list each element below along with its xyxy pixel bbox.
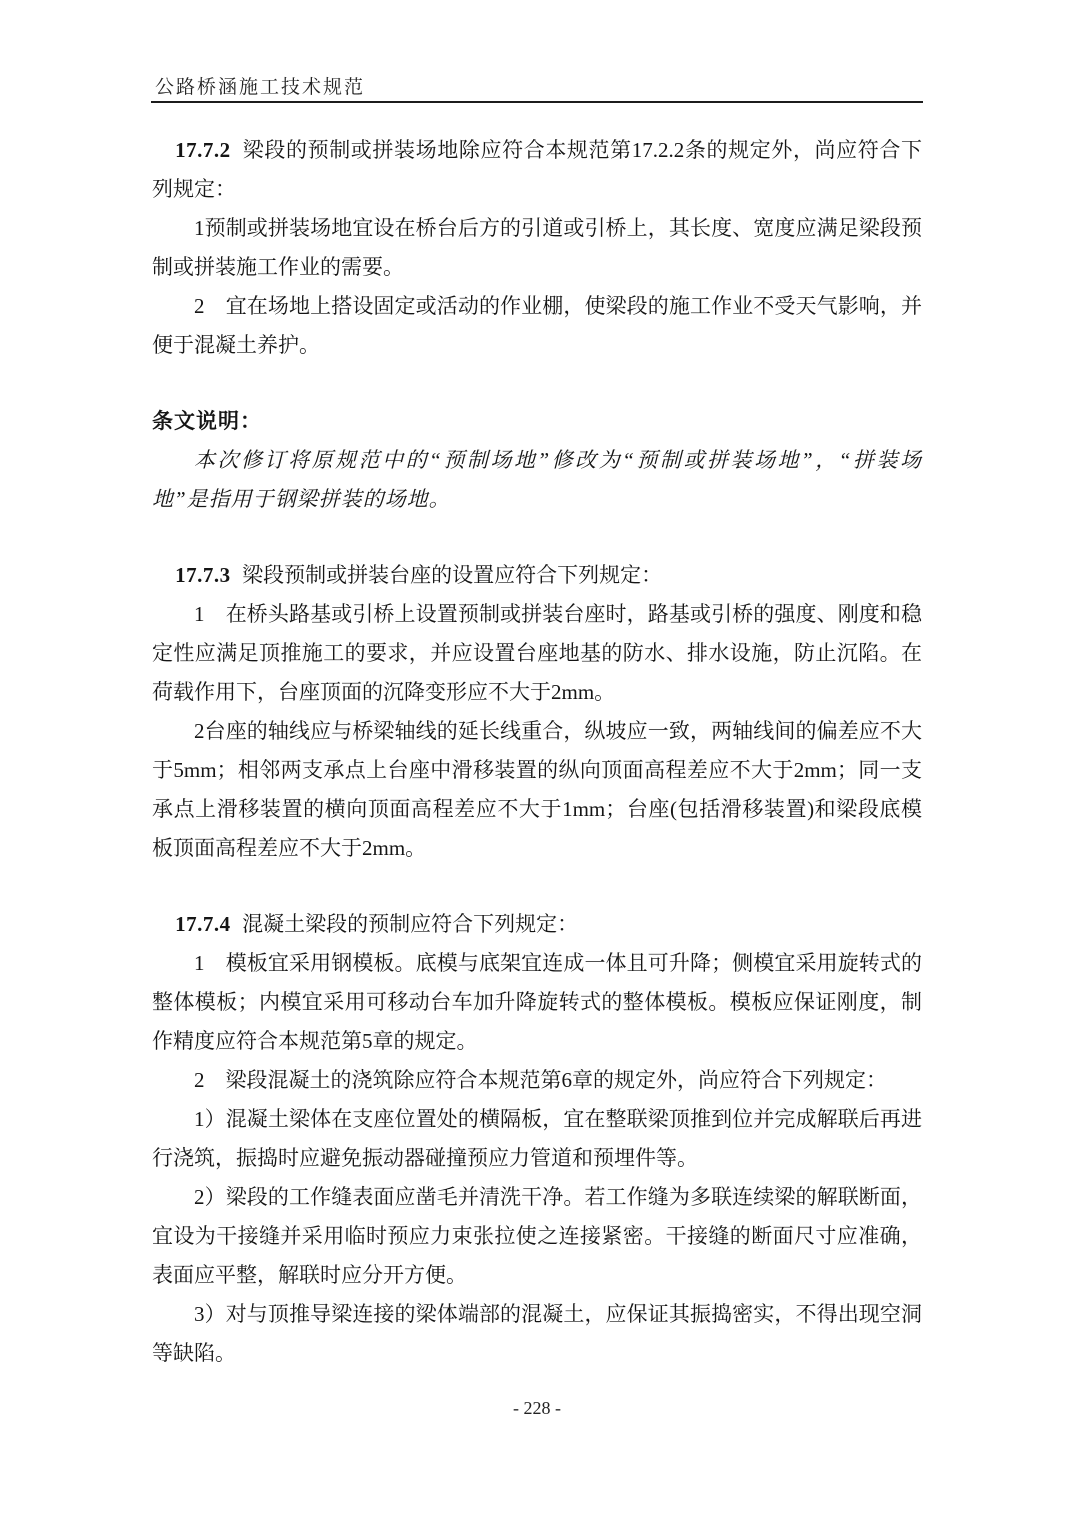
commentary-text: 本次修订将原规范中的“预制场地”修改为“预制或拼装场地”，“拼装场地”是指用于钢… — [152, 441, 922, 519]
clause-text: 梁段的预制或拼装场地除应符合本规范第17.2.2条的规定外，尚应符合下列规定： — [152, 138, 922, 201]
paragraph-item-2: 2 宜在场地上搭设固定或活动的作业棚，使梁段的施工作业不受天气影响，并便于混凝土… — [152, 287, 922, 365]
paragraph-item-1: 1 模板宜采用钢模板。底模与底架宜连成一体且可升降；侧模宜采用旋转式的整体模板；… — [152, 944, 922, 1061]
document-page: 公路桥涵施工技术规范 17.7.2梁段的预制或拼装场地除应符合本规范第17.2.… — [0, 0, 1074, 1520]
header-rule — [151, 101, 923, 103]
clause-text: 混凝土梁段的预制应符合下列规定： — [242, 912, 578, 936]
paragraph-item-2: 2台座的轴线应与桥梁轴线的延长线重合，纵坡应一致，两轴线间的偏差应不大于5mm；… — [152, 712, 922, 868]
paragraph-item-1: 1 在桥头路基或引桥上设置预制或拼装台座时，路基或引桥的强度、刚度和稳定性应满足… — [152, 595, 922, 712]
clause-17-7-2: 17.7.2梁段的预制或拼装场地除应符合本规范第17.2.2条的规定外，尚应符合… — [152, 131, 922, 209]
paragraph-item-2: 2 梁段混凝土的浇筑除应符合本规范第6章的规定外，尚应符合下列规定： — [152, 1061, 922, 1100]
clause-17-7-3: 17.7.3梁段预制或拼装台座的设置应符合下列规定： — [152, 556, 922, 595]
paragraph-subitem-3: 3）对与顶推导梁连接的梁体端部的混凝土，应保证其振捣密实，不得出现空洞等缺陷。 — [152, 1295, 922, 1373]
paragraph-subitem-1: 1）混凝土梁体在支座位置处的横隔板，宜在整联梁顶推到位并完成解联后再进行浇筑，振… — [152, 1100, 922, 1178]
document-body: 17.7.2梁段的预制或拼装场地除应符合本规范第17.2.2条的规定外，尚应符合… — [152, 131, 922, 1373]
clause-text: 梁段预制或拼装台座的设置应符合下列规定： — [242, 563, 662, 587]
clause-number: 17.7.4 — [175, 912, 231, 936]
page-number: - 228 - — [0, 1398, 1074, 1419]
paragraph-subitem-2: 2）梁段的工作缝表面应凿毛并清洗干净。若工作缝为多联连续梁的解联断面，宜设为干接… — [152, 1178, 922, 1295]
running-header-title: 公路桥涵施工技术规范 — [155, 72, 365, 99]
commentary-label: 条文说明： — [152, 402, 922, 441]
clause-17-7-4: 17.7.4混凝土梁段的预制应符合下列规定： — [152, 905, 922, 944]
clause-number: 17.7.3 — [175, 563, 231, 587]
paragraph-item-1: 1预制或拼装场地宜设在桥台后方的引道或引桥上，其长度、宽度应满足梁段预制或拼装施… — [152, 209, 922, 287]
clause-number: 17.7.2 — [175, 138, 231, 162]
